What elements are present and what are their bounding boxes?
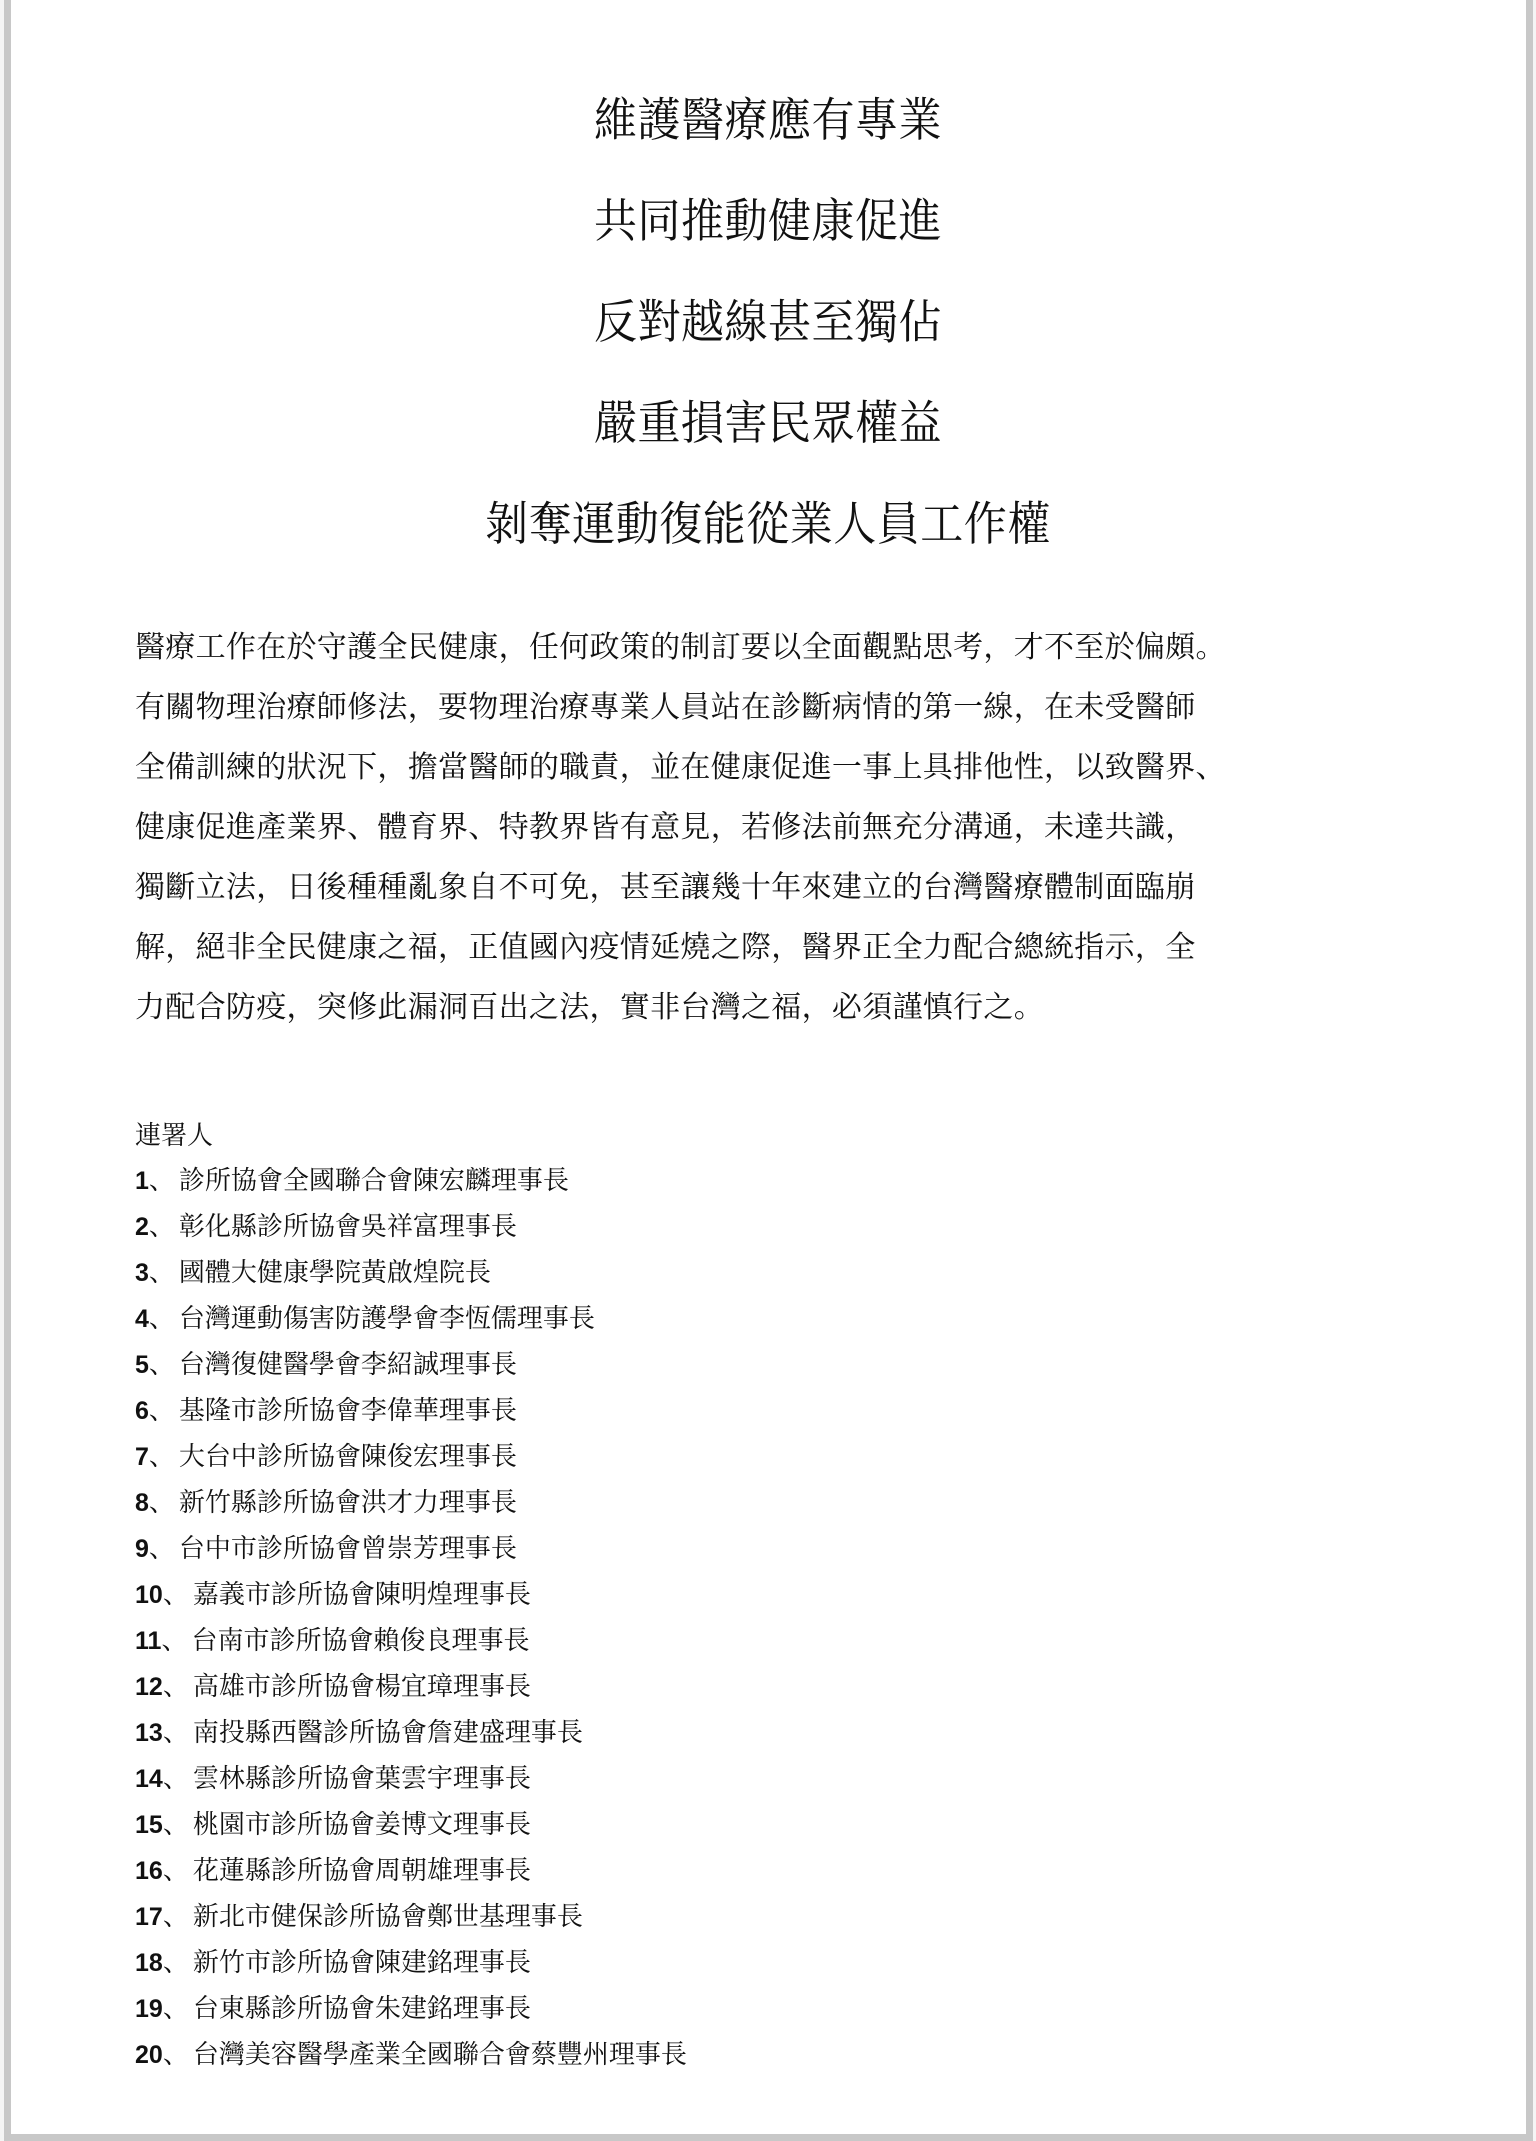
signatory-item: 19、台東縣診所協會朱建銘理事長 — [135, 1986, 1135, 2032]
list-separator: 、 — [149, 1488, 175, 1518]
signatory-number: 4 — [135, 1305, 149, 1333]
list-separator: 、 — [149, 1396, 175, 1426]
signatory-text: 國體大健康學院黃啟煌院長 — [179, 1258, 491, 1288]
signatory-text: 台灣復健醫學會李紹誠理事長 — [179, 1350, 517, 1380]
list-separator: 、 — [149, 1534, 175, 1564]
signatory-item: 15、桃園市診所協會姜博文理事長 — [135, 1802, 1135, 1848]
signatory-text: 雲林縣診所協會葉雲宇理事長 — [193, 1764, 531, 1794]
signatory-text: 台灣運動傷害防護學會李恆儒理事長 — [179, 1304, 595, 1334]
signatory-item: 6、基隆市診所協會李偉華理事長 — [135, 1388, 1135, 1434]
signatory-text: 花蓮縣診所協會周朝雄理事長 — [193, 1856, 531, 1886]
signatory-item: 5、台灣復健醫學會李紹誠理事長 — [135, 1342, 1135, 1388]
title-line-1: 維護醫療應有專業 — [0, 94, 1536, 148]
signatory-text: 嘉義市診所協會陳明煌理事長 — [193, 1580, 531, 1610]
list-separator: 、 — [149, 1212, 175, 1242]
signatory-text: 台南市診所協會賴俊良理事長 — [191, 1626, 529, 1656]
signatory-text: 診所協會全國聯合會陳宏麟理事長 — [179, 1166, 569, 1196]
signatory-item: 2、彰化縣診所協會吳祥富理事長 — [135, 1204, 1135, 1250]
signatory-item: 9、台中市診所協會曾崇芳理事長 — [135, 1526, 1135, 1572]
signatory-item: 1、診所協會全國聯合會陳宏麟理事長 — [135, 1158, 1135, 1204]
list-separator: 、 — [149, 1258, 175, 1288]
paragraph-line: 健康促進產業界、體育界、特教界皆有意見，若修法前無充分溝通，未達共識， — [135, 798, 1405, 858]
title-line-5: 剝奪運動復能從業人員工作權 — [0, 498, 1536, 552]
paragraph-line: 力配合防疫，突修此漏洞百出之法，實非台灣之福，必須謹慎行之。 — [135, 978, 1405, 1038]
paragraph-line: 醫療工作在於守護全民健康，任何政策的制訂要以全面觀點思考，才不至於偏頗。 — [135, 618, 1405, 678]
list-separator: 、 — [163, 1580, 189, 1610]
list-separator: 、 — [161, 1626, 187, 1656]
list-separator: 、 — [149, 1442, 175, 1472]
list-separator: 、 — [149, 1166, 175, 1196]
signatory-item: 18、新竹市診所協會陳建銘理事長 — [135, 1940, 1135, 1986]
signatory-text: 基隆市診所協會李偉華理事長 — [179, 1396, 517, 1426]
signatory-item: 14、雲林縣診所協會葉雲宇理事長 — [135, 1756, 1135, 1802]
signatory-number: 13 — [135, 1719, 163, 1747]
paragraph-line: 全備訓練的狀況下，擔當醫師的職責，並在健康促進一事上具排他性，以致醫界、 — [135, 738, 1405, 798]
list-separator: 、 — [163, 1994, 189, 2024]
list-separator: 、 — [163, 1902, 189, 1932]
signatory-item: 4、台灣運動傷害防護學會李恆儒理事長 — [135, 1296, 1135, 1342]
list-separator: 、 — [163, 1810, 189, 1840]
signatory-number: 14 — [135, 1765, 163, 1793]
signatory-number: 19 — [135, 1995, 163, 2023]
signatory-number: 10 — [135, 1581, 163, 1609]
list-separator: 、 — [163, 2040, 189, 2070]
title-line-2: 共同推動健康促進 — [0, 195, 1536, 249]
signatory-text: 彰化縣診所協會吳祥富理事長 — [179, 1212, 517, 1242]
signatory-number: 8 — [135, 1489, 149, 1517]
signatory-number: 18 — [135, 1949, 163, 1977]
signatory-number: 7 — [135, 1443, 149, 1471]
list-separator: 、 — [163, 1948, 189, 1978]
signatory-number: 16 — [135, 1857, 163, 1885]
signatory-item: 3、國體大健康學院黃啟煌院長 — [135, 1250, 1135, 1296]
list-separator: 、 — [163, 1856, 189, 1886]
list-separator: 、 — [149, 1304, 175, 1334]
list-separator: 、 — [163, 1718, 189, 1748]
statement-paragraph: 醫療工作在於守護全民健康，任何政策的制訂要以全面觀點思考，才不至於偏頗。 有關物… — [135, 618, 1405, 1038]
signatory-number: 12 — [135, 1673, 163, 1701]
signatory-text: 台灣美容醫學產業全國聯合會蔡豐州理事長 — [193, 2040, 687, 2070]
paragraph-line: 解，絕非全民健康之福，正值國內疫情延燒之際，醫界正全力配合總統指示，全 — [135, 918, 1405, 978]
signatory-text: 南投縣西醫診所協會詹建盛理事長 — [193, 1718, 583, 1748]
signatory-text: 新竹縣診所協會洪才力理事長 — [179, 1488, 517, 1518]
title-block: 維護醫療應有專業 共同推動健康促進 反對越線甚至獨佔 嚴重損害民眾權益 剝奪運動… — [0, 96, 1536, 601]
signatory-text: 新竹市診所協會陳建銘理事長 — [193, 1948, 531, 1978]
list-separator: 、 — [163, 1764, 189, 1794]
signatories-heading: 連署人 — [135, 1118, 1135, 1158]
signatory-text: 大台中診所協會陳俊宏理事長 — [179, 1442, 517, 1472]
signatory-number: 17 — [135, 1903, 163, 1931]
title-line-3: 反對越線甚至獨佔 — [0, 296, 1536, 350]
signatory-number: 1 — [135, 1167, 149, 1195]
signatory-item: 16、花蓮縣診所協會周朝雄理事長 — [135, 1848, 1135, 1894]
signatory-item: 8、新竹縣診所協會洪才力理事長 — [135, 1480, 1135, 1526]
signatories-list: 連署人 1、診所協會全國聯合會陳宏麟理事長 2、彰化縣診所協會吳祥富理事長 3、… — [135, 1118, 1135, 2078]
list-separator: 、 — [149, 1350, 175, 1380]
signatory-text: 新北市健保診所協會鄭世基理事長 — [193, 1902, 583, 1932]
signatory-text: 桃園市診所協會姜博文理事長 — [193, 1810, 531, 1840]
signatory-number: 9 — [135, 1535, 149, 1563]
signatory-number: 6 — [135, 1397, 149, 1425]
title-line-4: 嚴重損害民眾權益 — [0, 397, 1536, 451]
paragraph-line: 有關物理治療師修法，要物理治療專業人員站在診斷病情的第一線，在未受醫師 — [135, 678, 1405, 738]
signatory-number: 2 — [135, 1213, 149, 1241]
list-separator: 、 — [163, 1672, 189, 1702]
signatory-item: 20、台灣美容醫學產業全國聯合會蔡豐州理事長 — [135, 2032, 1135, 2078]
signatory-item: 13、南投縣西醫診所協會詹建盛理事長 — [135, 1710, 1135, 1756]
signatory-text: 台東縣診所協會朱建銘理事長 — [193, 1994, 531, 2024]
signatory-item: 10、嘉義市診所協會陳明煌理事長 — [135, 1572, 1135, 1618]
signatory-item: 17、新北市健保診所協會鄭世基理事長 — [135, 1894, 1135, 1940]
signatory-number: 15 — [135, 1811, 163, 1839]
signatory-number: 5 — [135, 1351, 149, 1379]
signatory-text: 高雄市診所協會楊宜璋理事長 — [193, 1672, 531, 1702]
signatory-item: 12、高雄市診所協會楊宜璋理事長 — [135, 1664, 1135, 1710]
signatory-number: 11 — [135, 1627, 161, 1655]
paragraph-line: 獨斷立法，日後種種亂象自不可免，甚至讓幾十年來建立的台灣醫療體制面臨崩 — [135, 858, 1405, 918]
signatory-item: 7、大台中診所協會陳俊宏理事長 — [135, 1434, 1135, 1480]
signatory-item: 11、台南市診所協會賴俊良理事長 — [135, 1618, 1135, 1664]
signatory-number: 20 — [135, 2041, 163, 2069]
signatory-number: 3 — [135, 1259, 149, 1287]
signatory-text: 台中市診所協會曾崇芳理事長 — [179, 1534, 517, 1564]
